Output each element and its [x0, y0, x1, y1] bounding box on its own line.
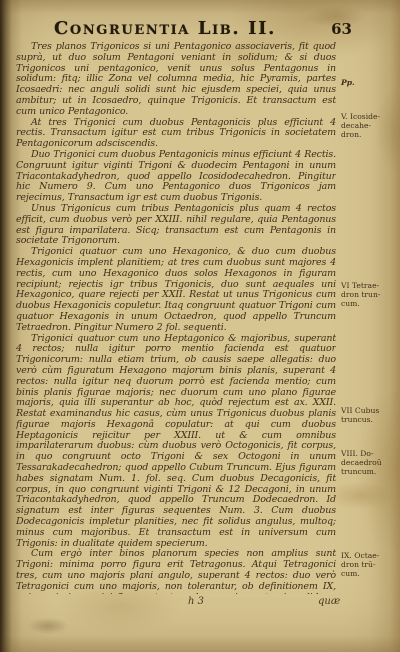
paragraph: Unus Trigonicus cum tribus Pentagonicis … — [16, 204, 336, 247]
margin-note-tetraedron-truncum: VI Tetrae- dron trun- cum. — [341, 281, 397, 308]
margin-notes-column: Pp. V. Icoside- decahe- dron. VI Tetrae-… — [341, 0, 397, 652]
body-text-block: Tres planos Trigonicos si uni Pentagonic… — [16, 42, 336, 594]
margin-note-dodecaedron-truncum: VIII. Do- decaedroū truncum. — [341, 449, 397, 476]
paragraph: At tres Trigonici cum duobus Pentagonici… — [16, 118, 336, 150]
catchword: quæ — [318, 596, 340, 607]
margin-note-octaedron-truncum: IX. Octae- dron trū- cum. — [341, 551, 397, 578]
quire-signature-mark: Pp. — [341, 78, 397, 87]
paragraph: Duo Trigonici cum duobus Pentagonicis mi… — [16, 150, 336, 204]
paragraph: Trigonici quatuor cum uno Heptagonico & … — [16, 334, 336, 550]
margin-note-cubus-truncus: VII Cubus truncus. — [341, 406, 397, 424]
book-page: Congruentia Lib. II. 63 Tres planos Trig… — [0, 0, 400, 652]
paragraph: Tres planos Trigonicos si uni Pentagonic… — [16, 42, 336, 118]
paragraph: Cum ergò inter binos planorum species no… — [16, 549, 336, 594]
paragraph: Trigonici quatuor cum uno Hexagonico, & … — [16, 247, 336, 333]
margin-note-icosidodecahedron: V. Icoside- decahe- dron. — [341, 112, 397, 139]
gathering-signature: h 3 — [188, 596, 204, 607]
running-header-title: Congruentia Lib. II. — [0, 18, 330, 39]
